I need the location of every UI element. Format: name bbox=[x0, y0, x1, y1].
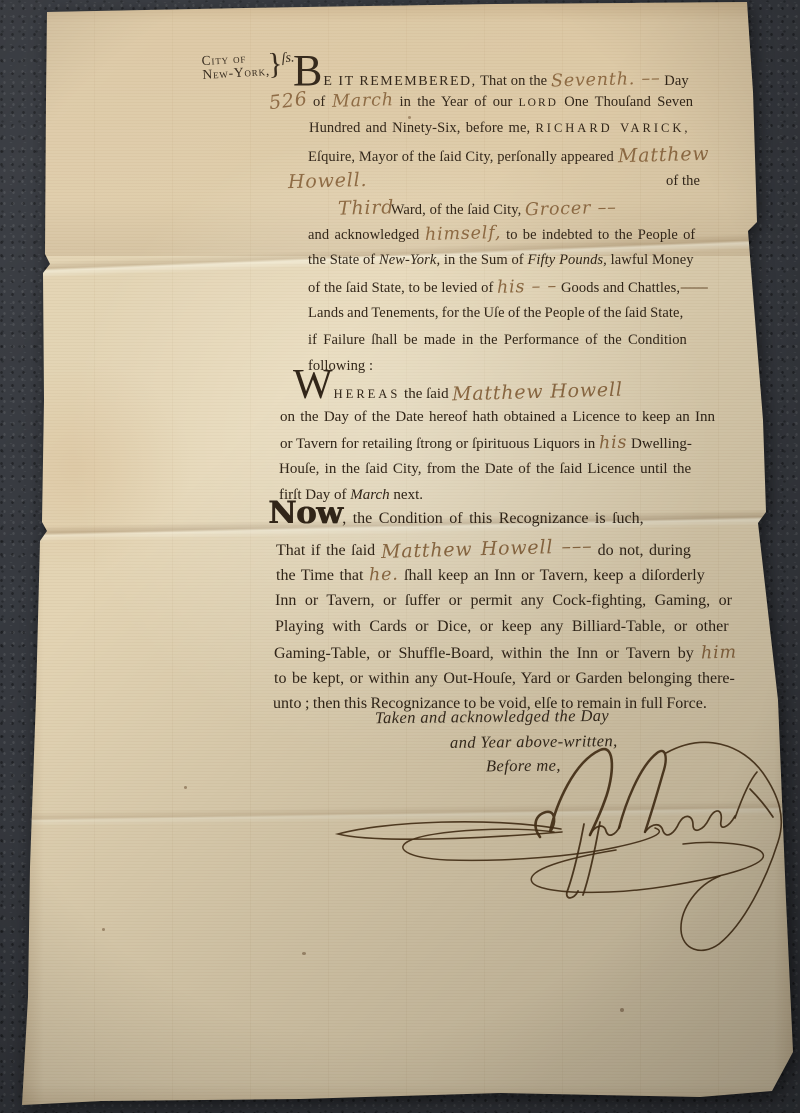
photo-vignette bbox=[0, 0, 800, 1113]
